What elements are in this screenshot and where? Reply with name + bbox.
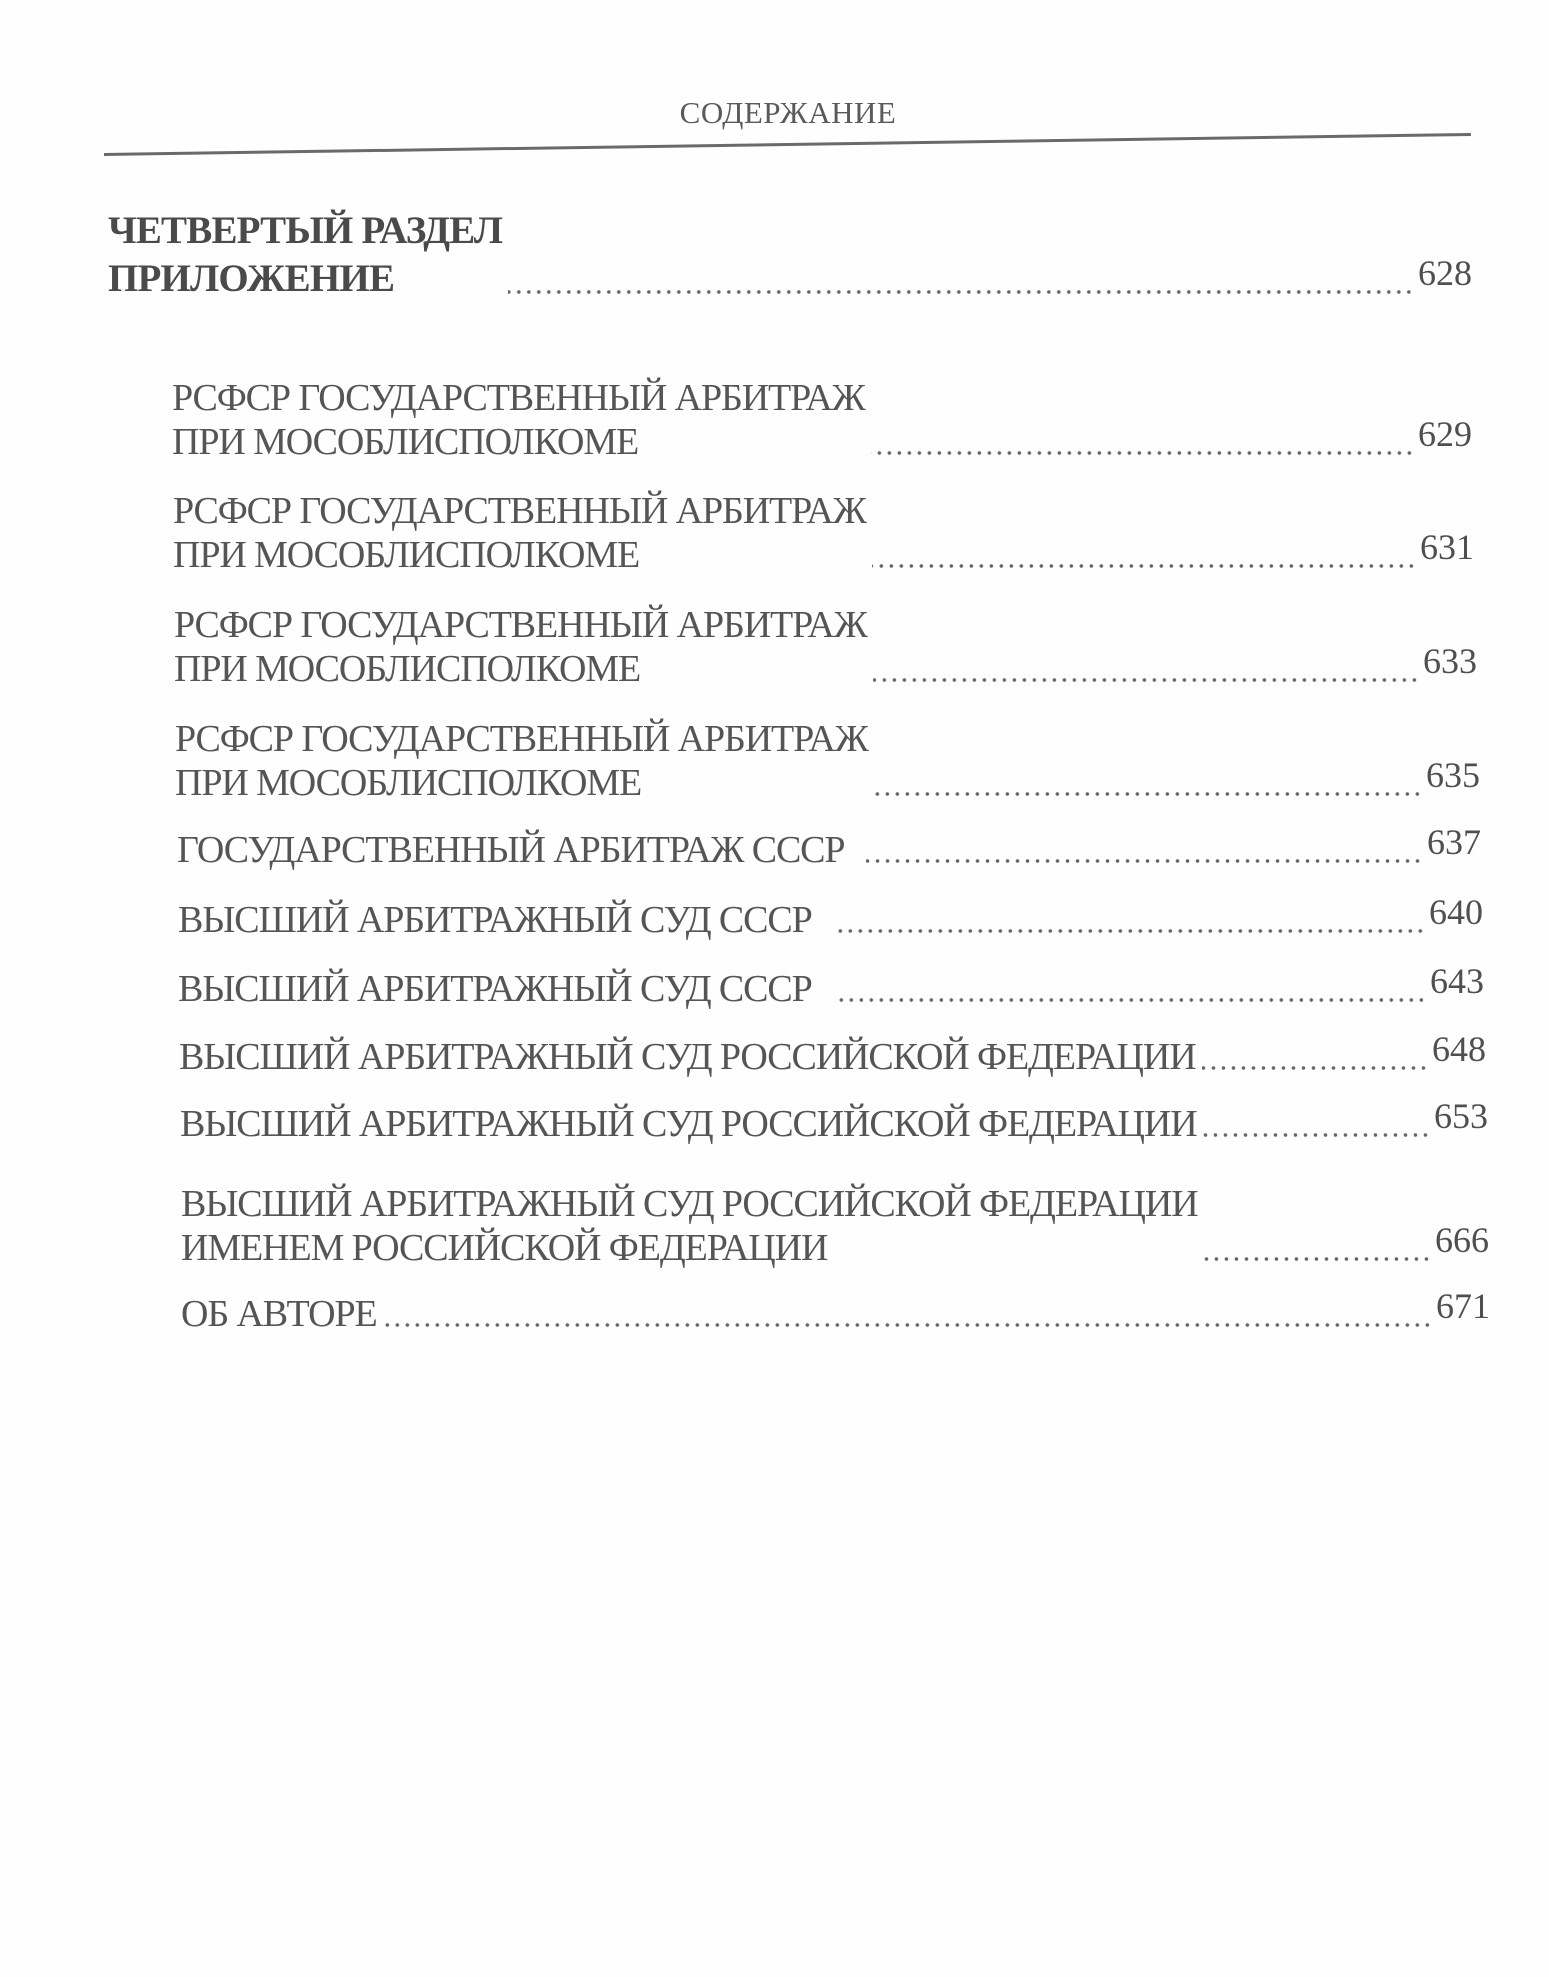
page-number: 631 (1420, 526, 1474, 569)
toc-entry[interactable]: ВЫСШИЙ АРБИТРАЖНЫЙ СУД СССР 643 (178, 967, 1484, 1011)
entry-title: РСФСР ГОСУДАРСТВЕННЫЙ АРБИТРАЖ ПРИ МОСОБ… (174, 603, 867, 691)
entry-title: РСФСР ГОСУДАРСТВЕННЫЙ АРБИТРАЖ ПРИ МОСОБ… (173, 489, 866, 577)
page-number: 637 (1427, 821, 1481, 864)
toc-entry[interactable]: РСФСР ГОСУДАРСТВЕННЫЙ АРБИТРАЖ ПРИ МОСОБ… (172, 376, 1472, 464)
toc-entry[interactable]: ВЫСШИЙ АРБИТРАЖНЫЙ СУД РОССИЙСКОЙ ФЕДЕРА… (181, 1182, 1489, 1270)
dot-leader (1202, 1065, 1428, 1071)
entry-title: ГОСУДАРСТВЕННЫЙ АРБИТРАЖ СССР (177, 828, 844, 872)
toc-entry[interactable]: РСФСР ГОСУДАРСТВЕННЫЙ АРБИТРАЖ ПРИ МОСОБ… (174, 603, 1477, 691)
entry-title: РСФСР ГОСУДАРСТВЕННЫЙ АРБИТРАЖ ПРИ МОСОБ… (172, 376, 865, 464)
page-number: 653 (1434, 1095, 1488, 1138)
entry-title: ВЫСШИЙ АРБИТРАЖНЫЙ СУД РОССИЙСКОЙ ФЕДЕРА… (180, 1102, 1197, 1146)
page-number: 671 (1436, 1285, 1490, 1328)
page-number: 666 (1435, 1219, 1489, 1262)
toc-entry[interactable]: ВЫСШИЙ АРБИТРАЖНЫЙ СУД РОССИЙСКОЙ ФЕДЕРА… (179, 1035, 1486, 1079)
book-page: СОДЕРЖАНИЕ ЧЕТВЕРТЫЙ РАЗДЕЛ ПРИЛОЖЕНИЕ 6… (0, 0, 1549, 1977)
dot-leader (1204, 1256, 1431, 1262)
entry-title: ВЫСШИЙ АРБИТРАЖНЫЙ СУД РОССИЙСКОЙ ФЕДЕРА… (181, 1182, 1198, 1270)
toc-entry[interactable]: РСФСР ГОСУДАРСТВЕННЫЙ АРБИТРАЖ ПРИ МОСОБ… (175, 717, 1480, 805)
page-number: 643 (1430, 960, 1484, 1003)
dot-leader (508, 289, 1414, 295)
section-title: ЧЕТВЕРТЫЙ РАЗДЕЛ ПРИЛОЖЕНИЕ (108, 207, 502, 303)
running-head-title: СОДЕРЖАНИЕ (0, 93, 1549, 133)
dot-leader (866, 858, 1423, 864)
page-number: 640 (1429, 891, 1483, 934)
header-rule (104, 133, 1471, 156)
page-number: 628 (1418, 252, 1472, 295)
toc-entry[interactable]: ВЫСШИЙ АРБИТРАЖНЫЙ СУД РОССИЙСКОЙ ФЕДЕРА… (180, 1102, 1488, 1146)
toc-entry[interactable]: РСФСР ГОСУДАРСТВЕННЫЙ АРБИТРАЖ ПРИ МОСОБ… (173, 489, 1474, 577)
dot-leader (872, 563, 1416, 569)
page-number: 635 (1426, 754, 1480, 797)
entry-title: ВЫСШИЙ АРБИТРАЖНЫЙ СУД СССР (178, 898, 812, 942)
dot-leader (383, 1322, 1432, 1328)
toc-entry[interactable]: ГОСУДАРСТВЕННЫЙ АРБИТРАЖ СССР 637 (177, 828, 1481, 872)
toc-entry[interactable]: ВЫСШИЙ АРБИТРАЖНЫЙ СУД СССР 640 (178, 898, 1483, 942)
entry-title: РСФСР ГОСУДАРСТВЕННЫЙ АРБИТРАЖ ПРИ МОСОБ… (175, 717, 868, 805)
dot-leader (871, 450, 1414, 456)
entry-title: ВЫСШИЙ АРБИТРАЖНЫЙ СУД РОССИЙСКОЙ ФЕДЕРА… (179, 1035, 1196, 1079)
entry-title: ОБ АВТОРЕ (181, 1292, 377, 1336)
dot-leader (873, 677, 1419, 683)
page-number: 648 (1432, 1028, 1486, 1071)
toc-entry[interactable]: ОБ АВТОРЕ 671 (181, 1292, 1490, 1336)
dot-leader (1203, 1132, 1430, 1138)
dot-leader (834, 928, 1425, 934)
dot-leader (874, 791, 1422, 797)
page-number: 633 (1423, 640, 1477, 683)
dot-leader (834, 997, 1426, 1003)
entry-title: ВЫСШИЙ АРБИТРАЖНЫЙ СУД СССР (178, 967, 812, 1011)
toc-section-appendix[interactable]: ЧЕТВЕРТЫЙ РАЗДЕЛ ПРИЛОЖЕНИЕ 628 (108, 207, 1472, 303)
page-number: 629 (1418, 413, 1472, 456)
